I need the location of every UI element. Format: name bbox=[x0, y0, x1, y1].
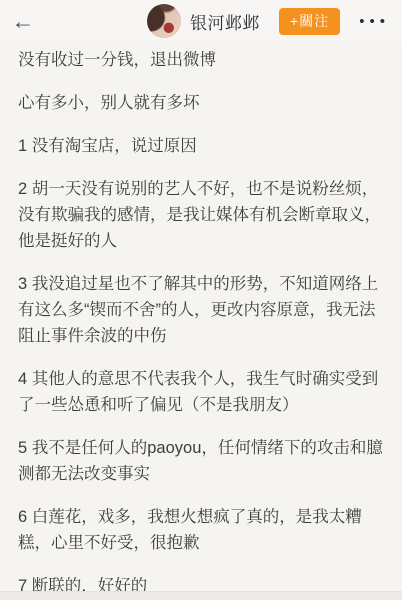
more-icon[interactable]: ••• bbox=[355, 7, 390, 36]
post-paragraph: 心有多小，别人就有多坏 bbox=[18, 90, 384, 116]
post-paragraph: 4 其他人的意思不代表我个人，我生气时确实受到了一些怂恿和听了偏见（不是我朋友） bbox=[18, 366, 384, 418]
post-paragraph: 3 我没追过星也不了解其中的形势，不知道网络上有这么多“锲而不舍”的人，更改内容… bbox=[18, 271, 384, 349]
username[interactable]: 银河邺邺 bbox=[190, 9, 260, 34]
post-paragraph: 6 白莲花，戏多，我想火想疯了真的，是我太糟糕，心里不好受，很抱歉 bbox=[18, 504, 384, 556]
top-bar: ← 银河邺邺 +關注 ••• bbox=[0, 0, 402, 42]
post-body: 没有收过一分钱，退出微博心有多小，别人就有多坏1 没有淘宝店，说过原因2 胡一天… bbox=[0, 42, 402, 599]
follow-button[interactable]: +關注 bbox=[279, 8, 340, 35]
post-paragraph: 1 没有淘宝店，说过原因 bbox=[18, 133, 384, 159]
post-paragraph: 没有收过一分钱，退出微博 bbox=[18, 47, 384, 73]
post-paragraph: 2 胡一天没有说别的艺人不好，也不是说粉丝烦，没有欺骗我的感情，是我让媒体有机会… bbox=[18, 176, 384, 254]
avatar[interactable] bbox=[147, 4, 181, 38]
bottom-edge-strip bbox=[0, 591, 402, 600]
post-paragraph: 5 我不是任何人的paoyou，任何情绪下的攻击和臆测都无法改变事实 bbox=[18, 435, 384, 487]
back-icon[interactable]: ← bbox=[0, 0, 46, 42]
